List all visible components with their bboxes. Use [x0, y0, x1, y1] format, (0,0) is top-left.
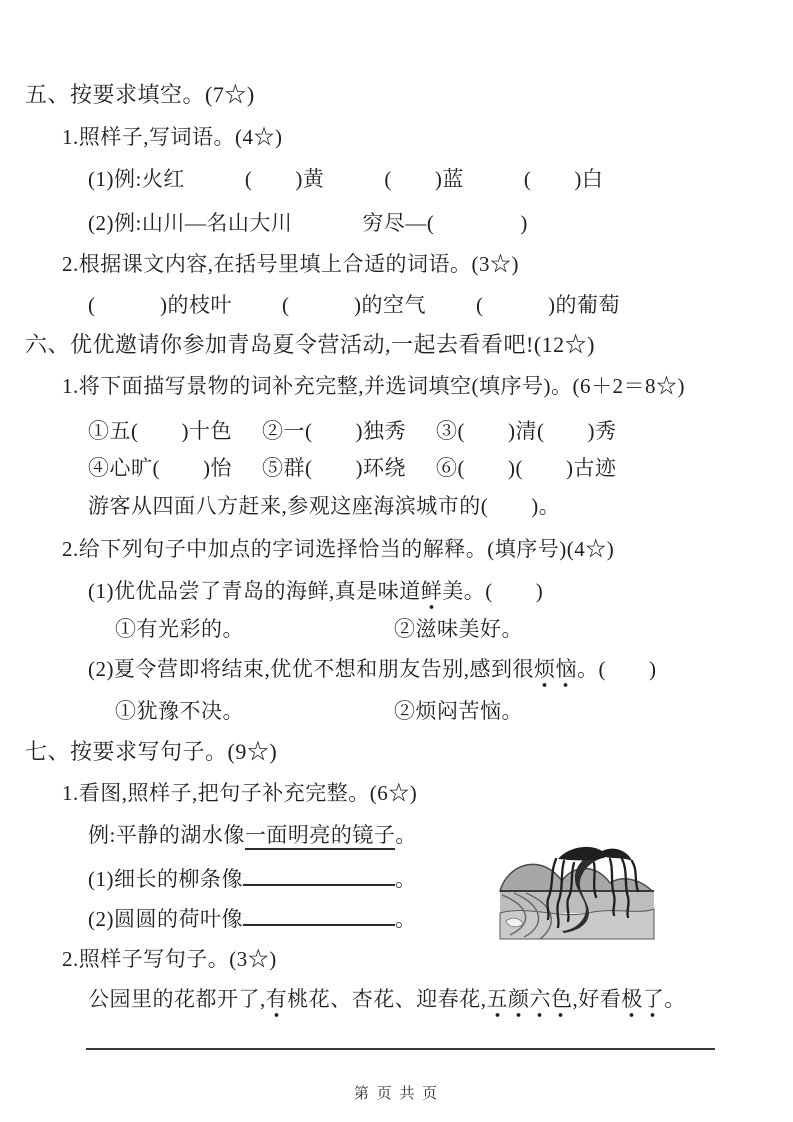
q5-1-label: 1.照样子,写词语。(4☆)	[62, 124, 283, 151]
sentence-text: 。	[664, 987, 686, 1011]
sentence-text: (1)细长的柳条像	[88, 867, 243, 891]
test-paper-page: 五、按要求填空。(7☆) 1.照样子,写词语。(4☆) (1)例:火红 ( )黄…	[0, 0, 793, 1122]
emphasized-char: 五颜六色	[487, 987, 573, 1017]
sentence-text: 。	[395, 907, 417, 931]
fill-blank-idiom: ⑤群( )环绕	[262, 455, 406, 482]
emphasized-char: 有	[266, 987, 288, 1017]
fill-blank-word: ( )的葡萄	[476, 292, 620, 319]
sentence-text: 。( )	[577, 657, 657, 681]
sentence-text: (2)圆圆的荷叶像	[88, 907, 243, 931]
sentence-text: (1)优优品尝了青岛的海鲜,真是味道	[88, 579, 421, 603]
fill-blank-word: ( )蓝	[384, 166, 464, 193]
q6-2-item2: (2)夏令营即将结束,优优不想和朋友告别,感到很烦恼。( )	[88, 656, 657, 683]
willow-scene-illustration	[498, 833, 656, 941]
q7-1-example: 例:平静的湖水像一面明亮的镜子。	[88, 822, 417, 849]
q7-1-fill2: (2)圆圆的荷叶像。	[88, 906, 417, 933]
section-7-heading: 七、按要求写句子。(9☆)	[25, 738, 277, 765]
option-1: ①有光彩的。	[115, 616, 244, 643]
sentence-text: ,好看	[573, 987, 622, 1011]
fill-blank-idiom: ⑥( )( )古迹	[436, 455, 616, 482]
q5-2-label: 2.根据课文内容,在括号里填上合适的词语。(3☆)	[62, 251, 519, 278]
fill-blank-idiom: ①五( )十色	[88, 418, 232, 445]
option-2: ②滋味美好。	[394, 616, 523, 643]
q5-1-row1: (1)例:火红 ( )黄 ( )蓝 ( )白	[88, 166, 603, 193]
emphasized-char: 极了	[621, 987, 664, 1017]
emphasized-char: 鲜	[421, 579, 443, 609]
q5-1-row2: (2)例:山川—名山大川 穷尽—( )	[88, 210, 528, 237]
fill-blank-word: 穷尽—( )	[362, 210, 528, 237]
q5-2-row: ( )的枝叶 ( )的空气 ( )的葡萄	[88, 292, 620, 319]
sentence-text: 例:平静的湖水像	[88, 823, 245, 847]
q7-1-label: 1.看图,照样子,把句子补充完整。(6☆)	[62, 780, 417, 807]
fill-blank-idiom: ④心旷( )怡	[88, 455, 232, 482]
section-6-heading: 六、优优邀请你参加青岛夏令营活动,一起去看看吧!(12☆)	[25, 331, 595, 358]
q6-2-item2-options: ①犹豫不决。 ②烦闷苦恼。	[115, 698, 523, 725]
sentence-text: 美。( )	[442, 579, 543, 603]
section-5-heading: 五、按要求填空。(7☆)	[25, 81, 255, 108]
option-1: ①犹豫不决。	[115, 698, 244, 725]
page-footer: 第 页 共 页	[0, 1082, 793, 1103]
q6-2-item1-options: ①有光彩的。 ②滋味美好。	[115, 616, 523, 643]
sentence-text: 。	[395, 823, 417, 847]
answer-blank-line	[243, 882, 395, 886]
sentence-text: (2)夏令营即将结束,优优不想和朋友告别,感到很	[88, 657, 534, 681]
fill-blank-word: ( )的枝叶	[88, 292, 232, 319]
q6-1-label: 1.将下面描写景物的词补充完整,并选词填空(填序号)。(6＋2＝8☆)	[62, 373, 685, 400]
q7-1-fill1: (1)细长的柳条像。	[88, 866, 417, 893]
fill-blank-idiom: ②一( )独秀	[262, 418, 406, 445]
sentence-text: 桃花、杏花、迎春花,	[287, 987, 486, 1011]
option-2: ②烦闷苦恼。	[394, 698, 523, 725]
fill-blank-word: ( )黄	[245, 166, 325, 193]
sentence-text: 公园里的花都开了,	[88, 987, 266, 1011]
q7-2-sentence: 公园里的花都开了,有桃花、杏花、迎春花,五颜六色,好看极了。	[88, 986, 686, 1013]
underlined-answer: 一面明亮的镜子	[245, 823, 396, 850]
q6-1-row1: ①五( )十色 ②一( )独秀 ③( )清( )秀	[88, 418, 616, 445]
fill-blank-idiom: ③( )清( )秀	[436, 418, 616, 445]
example-word: (2)例:山川—名山大川	[88, 210, 292, 237]
fill-blank-word: ( )的空气	[282, 292, 426, 319]
q6-1-row2: ④心旷( )怡 ⑤群( )环绕 ⑥( )( )古迹	[88, 455, 616, 482]
answer-blank-line	[243, 922, 395, 926]
sentence-text: 。	[395, 867, 417, 891]
q6-1-fill-sentence: 游客从四面八方赶来,参观这座海滨城市的( )。	[88, 493, 560, 520]
q6-2-item1: (1)优优品尝了青岛的海鲜,真是味道鲜美。( )	[88, 578, 543, 605]
q7-2-label: 2.照样子写句子。(3☆)	[62, 946, 277, 973]
q6-2-label: 2.给下列句子中加点的字词选择恰当的解释。(填序号)(4☆)	[62, 536, 614, 563]
footer-divider-line	[86, 1048, 715, 1050]
emphasized-char: 烦恼	[534, 657, 577, 687]
fill-blank-word: ( )白	[524, 166, 604, 193]
example-word: (1)例:火红	[88, 166, 185, 193]
